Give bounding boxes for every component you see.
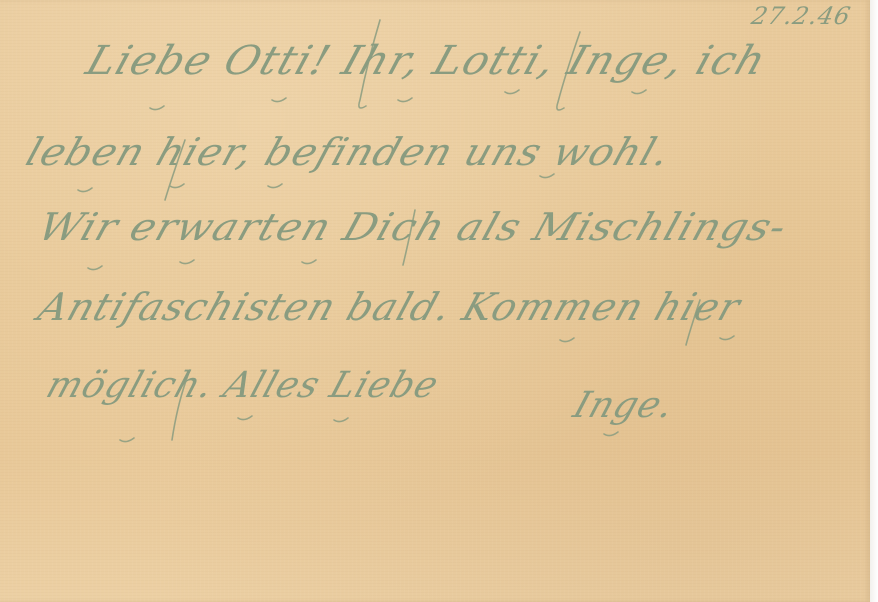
handwritten-line-5: möglich. Alles Liebe [41,365,444,406]
handwritten-line-2: leben hier, befinden uns wohl. [21,130,677,174]
postcard-date: 27.2.46 [749,2,854,30]
handwritten-line-1: Liebe Otti! Ihr, Lotti, Inge, ich [81,38,773,84]
postcard: 27.2.46 Liebe Otti! Ihr, Lotti, Inge, ic… [0,0,870,602]
scan-edge [870,0,878,602]
signature: Inge. [568,385,680,426]
handwritten-line-4: Antifaschisten bald. Kommen hier [33,285,747,329]
handwritten-line-3: Wir erwarten Dich als Mischlings- [33,205,793,249]
